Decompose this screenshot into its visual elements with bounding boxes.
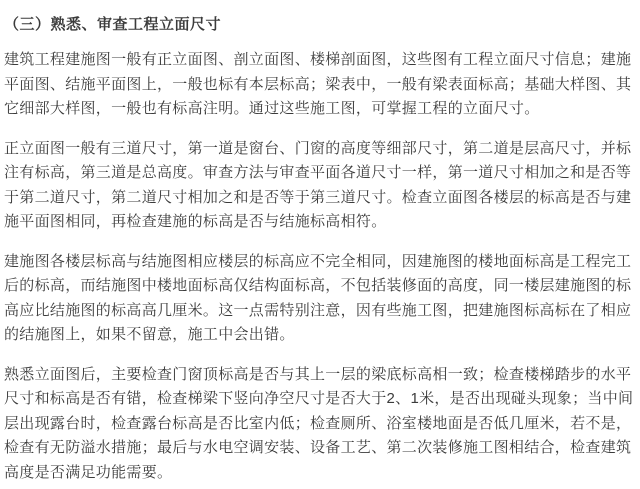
paragraph-drawing-types: 建筑工程建施图一般有正立面图、剖立面图、楼梯剖面图，这些图有工程立面尺寸信息；建…	[4, 48, 635, 122]
section-heading: （三）熟悉、审查工程立面尺寸	[4, 13, 635, 37]
paragraph-three-dimension-lines: 正立面图一般有三道尺寸，第一道是窗台、门窗的高度等细部尺寸，第二道是层高尺寸，并…	[4, 137, 635, 235]
paragraph-elevation-differences: 建施图各楼层标高与结施图相应楼层的标高应不完全相同，因建施图的楼地面标高是工程完…	[4, 250, 635, 348]
article-body: （三）熟悉、审查工程立面尺寸 建筑工程建施图一般有正立面图、剖立面图、楼梯剖面图…	[0, 0, 640, 489]
paragraph-inspection-checklist: 熟悉立面图后，主要检查门窗顶标高是否与其上一层的梁底标高相一致；检查楼梯踏步的水…	[4, 363, 635, 486]
